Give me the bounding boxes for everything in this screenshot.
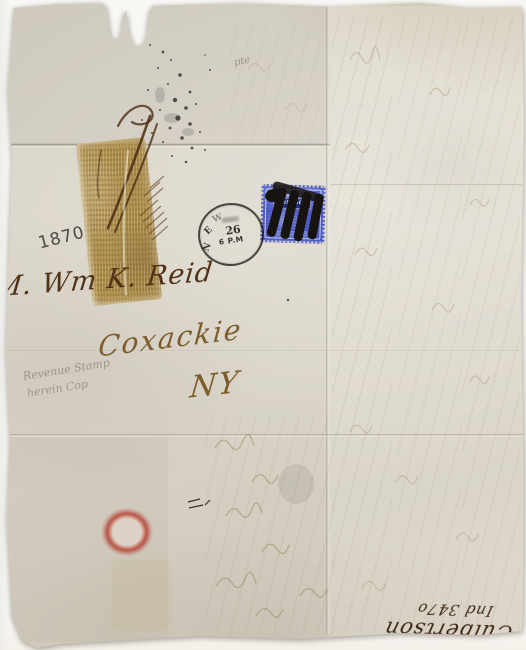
address-line-state: NY	[188, 365, 242, 406]
ink-bleedthrough-column	[332, 15, 392, 630]
paper-shadow-wrap: POSTAGE N E W 26 6 P.M 1870 M. Wm K. Re	[0, 0, 526, 650]
ink-bleedthrough-column	[205, 415, 335, 635]
pencil-note-line1: Revenue Stamp	[22, 356, 111, 383]
letter-sheet: POSTAGE N E W 26 6 P.M 1870 M. Wm K. Re	[0, 0, 526, 650]
ink-bleedthrough-column	[230, 25, 320, 145]
address-line-town: Coxackie	[97, 312, 244, 363]
postmark-arc-letter: N	[202, 242, 214, 253]
wax-seal	[98, 505, 156, 559]
ink-bleedthrough-column	[462, 15, 520, 630]
postmark-arc-letter: E	[203, 225, 215, 237]
inverted-docket-note: Culbertson Ind 347o	[344, 553, 515, 645]
cancellation-bars	[266, 181, 347, 253]
scan-background: POSTAGE N E W 26 6 P.M 1870 M. Wm K. Re	[0, 0, 526, 650]
postmark-time: 6 P.M	[218, 234, 244, 246]
ink-bleedthrough-column	[398, 15, 462, 630]
year-notation: 1870	[36, 223, 87, 254]
glue-stain	[112, 560, 170, 630]
